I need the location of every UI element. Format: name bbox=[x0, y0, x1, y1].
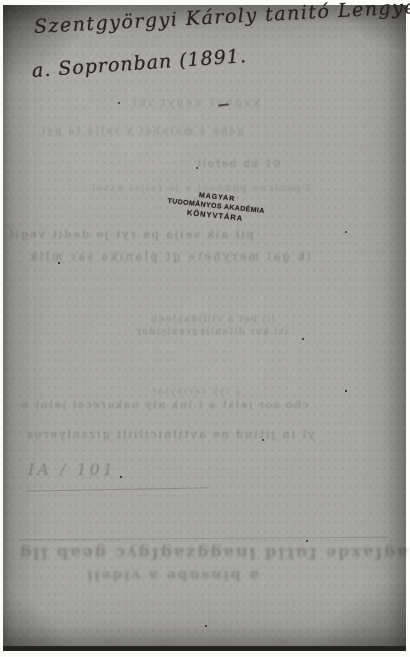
ink-speck bbox=[205, 625, 207, 627]
bleedthrough-line: lii bet a vtilidanlenb bbox=[150, 315, 274, 325]
bleedthrough-line: a lyk verteysar bbox=[150, 387, 240, 396]
ink-speck bbox=[302, 338, 304, 340]
ink-speck bbox=[120, 476, 122, 478]
ink-speck bbox=[262, 439, 264, 441]
bleedthrough-line: ik gal meryhete gt planika sar mlik bbox=[28, 250, 311, 263]
bleedthrough-title-line: a binsube a videli bbox=[85, 567, 259, 583]
scanned-book-page: kapuol negyt ihi gehn s molnbat x vella … bbox=[0, 0, 410, 657]
bleedthrough-line: kapuol negyt ihi bbox=[130, 98, 260, 109]
bleedthrough-line: gehn s molnbat x vella ta pyl bbox=[40, 126, 244, 137]
bleedthrough-line: 01 kb befolt bbox=[195, 159, 280, 170]
ink-speck bbox=[306, 540, 308, 542]
bleedthrough-line: yl in jitind ne avtilniciliili gizsnlyer… bbox=[25, 428, 314, 441]
ink-speck bbox=[118, 102, 120, 104]
shelfmark: IA / 101 bbox=[28, 460, 116, 479]
ink-speck bbox=[345, 231, 347, 233]
ink-speck bbox=[196, 167, 198, 169]
ink-speck bbox=[58, 262, 60, 264]
bleedthrough-line: cho sor jelst a i ink niy uakurecsl jeln… bbox=[20, 400, 308, 411]
bleedthrough-line: pil aik seija pa ryt je dedit vegil bbox=[8, 228, 254, 241]
bleedthrough-title-line: dagfaxde futid inaggzagfgyc geab ilg bbox=[18, 544, 410, 563]
bleedthrough-line: ivi kor dlfenllegvenlyidor bbox=[135, 327, 288, 337]
ink-speck bbox=[345, 390, 347, 392]
